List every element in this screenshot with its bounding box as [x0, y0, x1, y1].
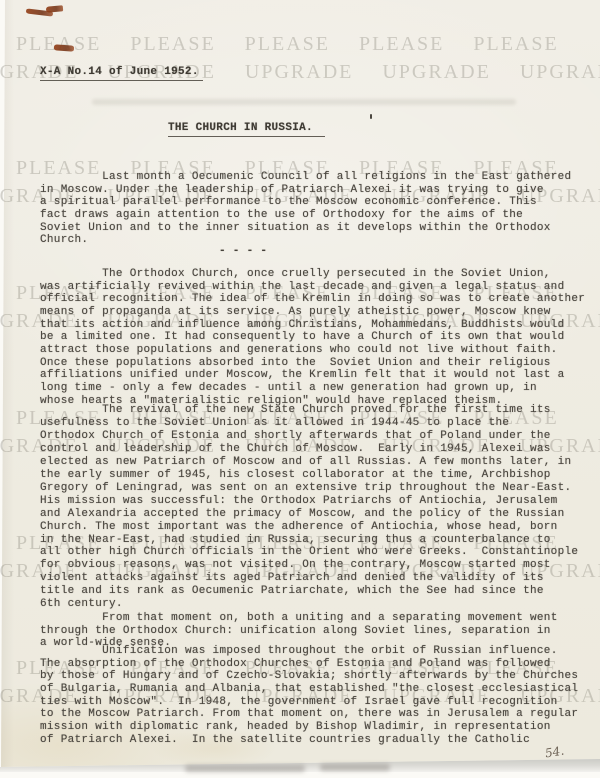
scanned-document-page: PLEASE PLEASE PLEASE PLEASE PLEASE UPGRA… [0, 0, 600, 778]
section-separator: - - - - [219, 245, 267, 258]
handwritten-page-number: 54. [544, 744, 565, 761]
showthrough-smudge [185, 765, 305, 772]
paragraph-orthodox-church: The Orthodox Church, once cruelly persec… [40, 268, 596, 407]
document-reference: X-A No.14 of June 1952. [40, 66, 203, 81]
showthrough-smudge [320, 764, 390, 771]
page-title: THE CHURCH IN RUSSIA. [168, 122, 325, 137]
paragraph-intro: Last month a Oecumenic Council of all re… [40, 171, 596, 247]
showthrough-smudge [92, 99, 516, 105]
ink-speck [370, 114, 372, 119]
paragraph-unification-imposed: Unification was imposed throughout the o… [40, 645, 596, 746]
paragraph-revival-state-church: The revival of the new State Church prov… [40, 404, 596, 611]
